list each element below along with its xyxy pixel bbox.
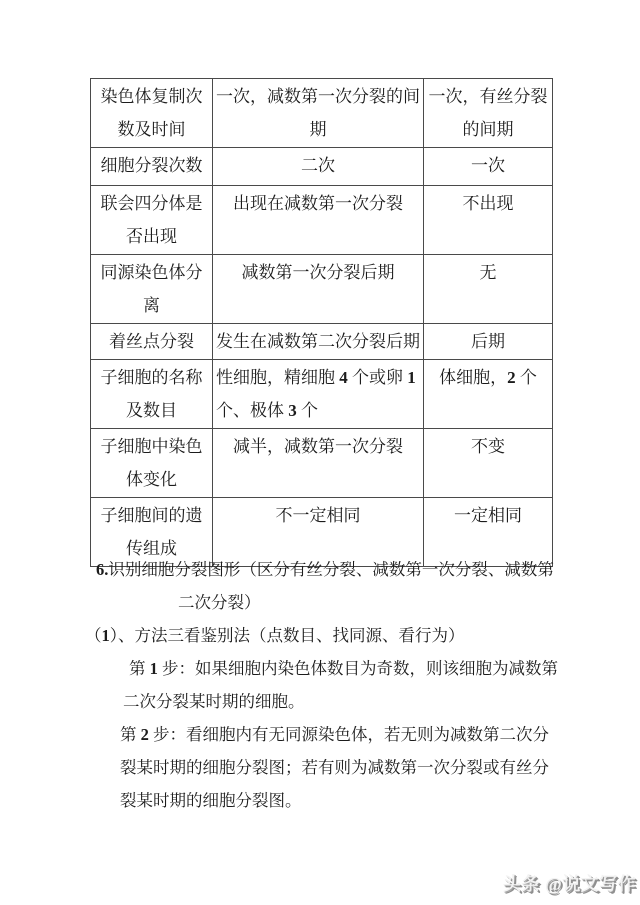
meiosis-mitosis-comparison-table: 染色体复制次 数及时间 一次，减数第一次分裂的间 期 一次，有丝分裂 的间期 细… — [90, 78, 553, 567]
table-cell: 出现在减数第一次分裂 — [213, 186, 424, 255]
table-row: 着丝点分裂 发生在减数第二次分裂后期 后期 — [91, 324, 553, 360]
section-6-heading-continuation: 二次分裂） — [0, 586, 640, 619]
step-2-continuation-1: 裂某时期的细胞分裂图；若有则为减数第一次分裂或有丝分 — [0, 751, 640, 784]
document-page: 染色体复制次 数及时间 一次，减数第一次分裂的间 期 一次，有丝分裂 的间期 细… — [0, 0, 640, 905]
table-cell: 无 — [424, 255, 553, 324]
table-row: 子细胞的名称 及数目 性细胞，精细胞 4 个或卵 1 个、极体 3 个 体细胞，… — [91, 360, 553, 429]
table-row: 同源染色体分 离 减数第一次分裂后期 无 — [91, 255, 553, 324]
table-cell: 二次 — [213, 148, 424, 186]
table-cell: 染色体复制次 数及时间 — [91, 79, 213, 148]
table-cell: 同源染色体分 离 — [91, 255, 213, 324]
table-cell: 减数第一次分裂后期 — [213, 255, 424, 324]
table-cell: 性细胞，精细胞 4 个或卵 1 个、极体 3 个 — [213, 360, 424, 429]
table-cell: 一次，有丝分裂 的间期 — [424, 79, 553, 148]
table-cell: 子细胞中染色 体变化 — [91, 429, 213, 498]
table-cell: 子细胞的名称 及数目 — [91, 360, 213, 429]
method-1-heading: （1）、方法三看鉴别法（点数目、找同源、看行为） — [0, 619, 640, 652]
table-row: 染色体复制次 数及时间 一次，减数第一次分裂的间 期 一次，有丝分裂 的间期 — [91, 79, 553, 148]
table-row: 子细胞中染色 体变化 减半，减数第一次分裂 不变 — [91, 429, 553, 498]
table-cell: 发生在减数第二次分裂后期 — [213, 324, 424, 360]
table-cell: 细胞分裂次数 — [91, 148, 213, 186]
section-6-heading-line: 6.识别细胞分裂图形（区分有丝分裂、减数第一次分裂、减数第 — [0, 553, 640, 586]
watermark-toutiao: 头条 @说文写作 — [503, 870, 636, 896]
table-row: 细胞分裂次数 二次 一次 — [91, 148, 553, 186]
table-cell: 减半，减数第一次分裂 — [213, 429, 424, 498]
table-cell: 一次 — [424, 148, 553, 186]
table-cell: 后期 — [424, 324, 553, 360]
table-cell: 联会四分体是 否出现 — [91, 186, 213, 255]
step-1-line: 第 1 步：如果细胞内染色体数目为奇数，则该细胞为减数第 — [0, 652, 640, 685]
table-cell: 不出现 — [424, 186, 553, 255]
step-2-continuation-2: 裂某时期的细胞分裂图。 — [0, 784, 640, 817]
step-2-line: 第 2 步：看细胞内有无同源染色体，若无则为减数第二次分 — [0, 718, 640, 751]
table-cell: 着丝点分裂 — [91, 324, 213, 360]
table-row: 联会四分体是 否出现 出现在减数第一次分裂 不出现 — [91, 186, 553, 255]
table-cell: 体细胞，2 个 — [424, 360, 553, 429]
notes-section: 6.识别细胞分裂图形（区分有丝分裂、减数第一次分裂、减数第 二次分裂） （1）、… — [0, 553, 640, 817]
table-cell: 不变 — [424, 429, 553, 498]
step-1-continuation: 二次分裂某时期的细胞。 — [0, 685, 640, 718]
table-cell: 一次，减数第一次分裂的间 期 — [213, 79, 424, 148]
